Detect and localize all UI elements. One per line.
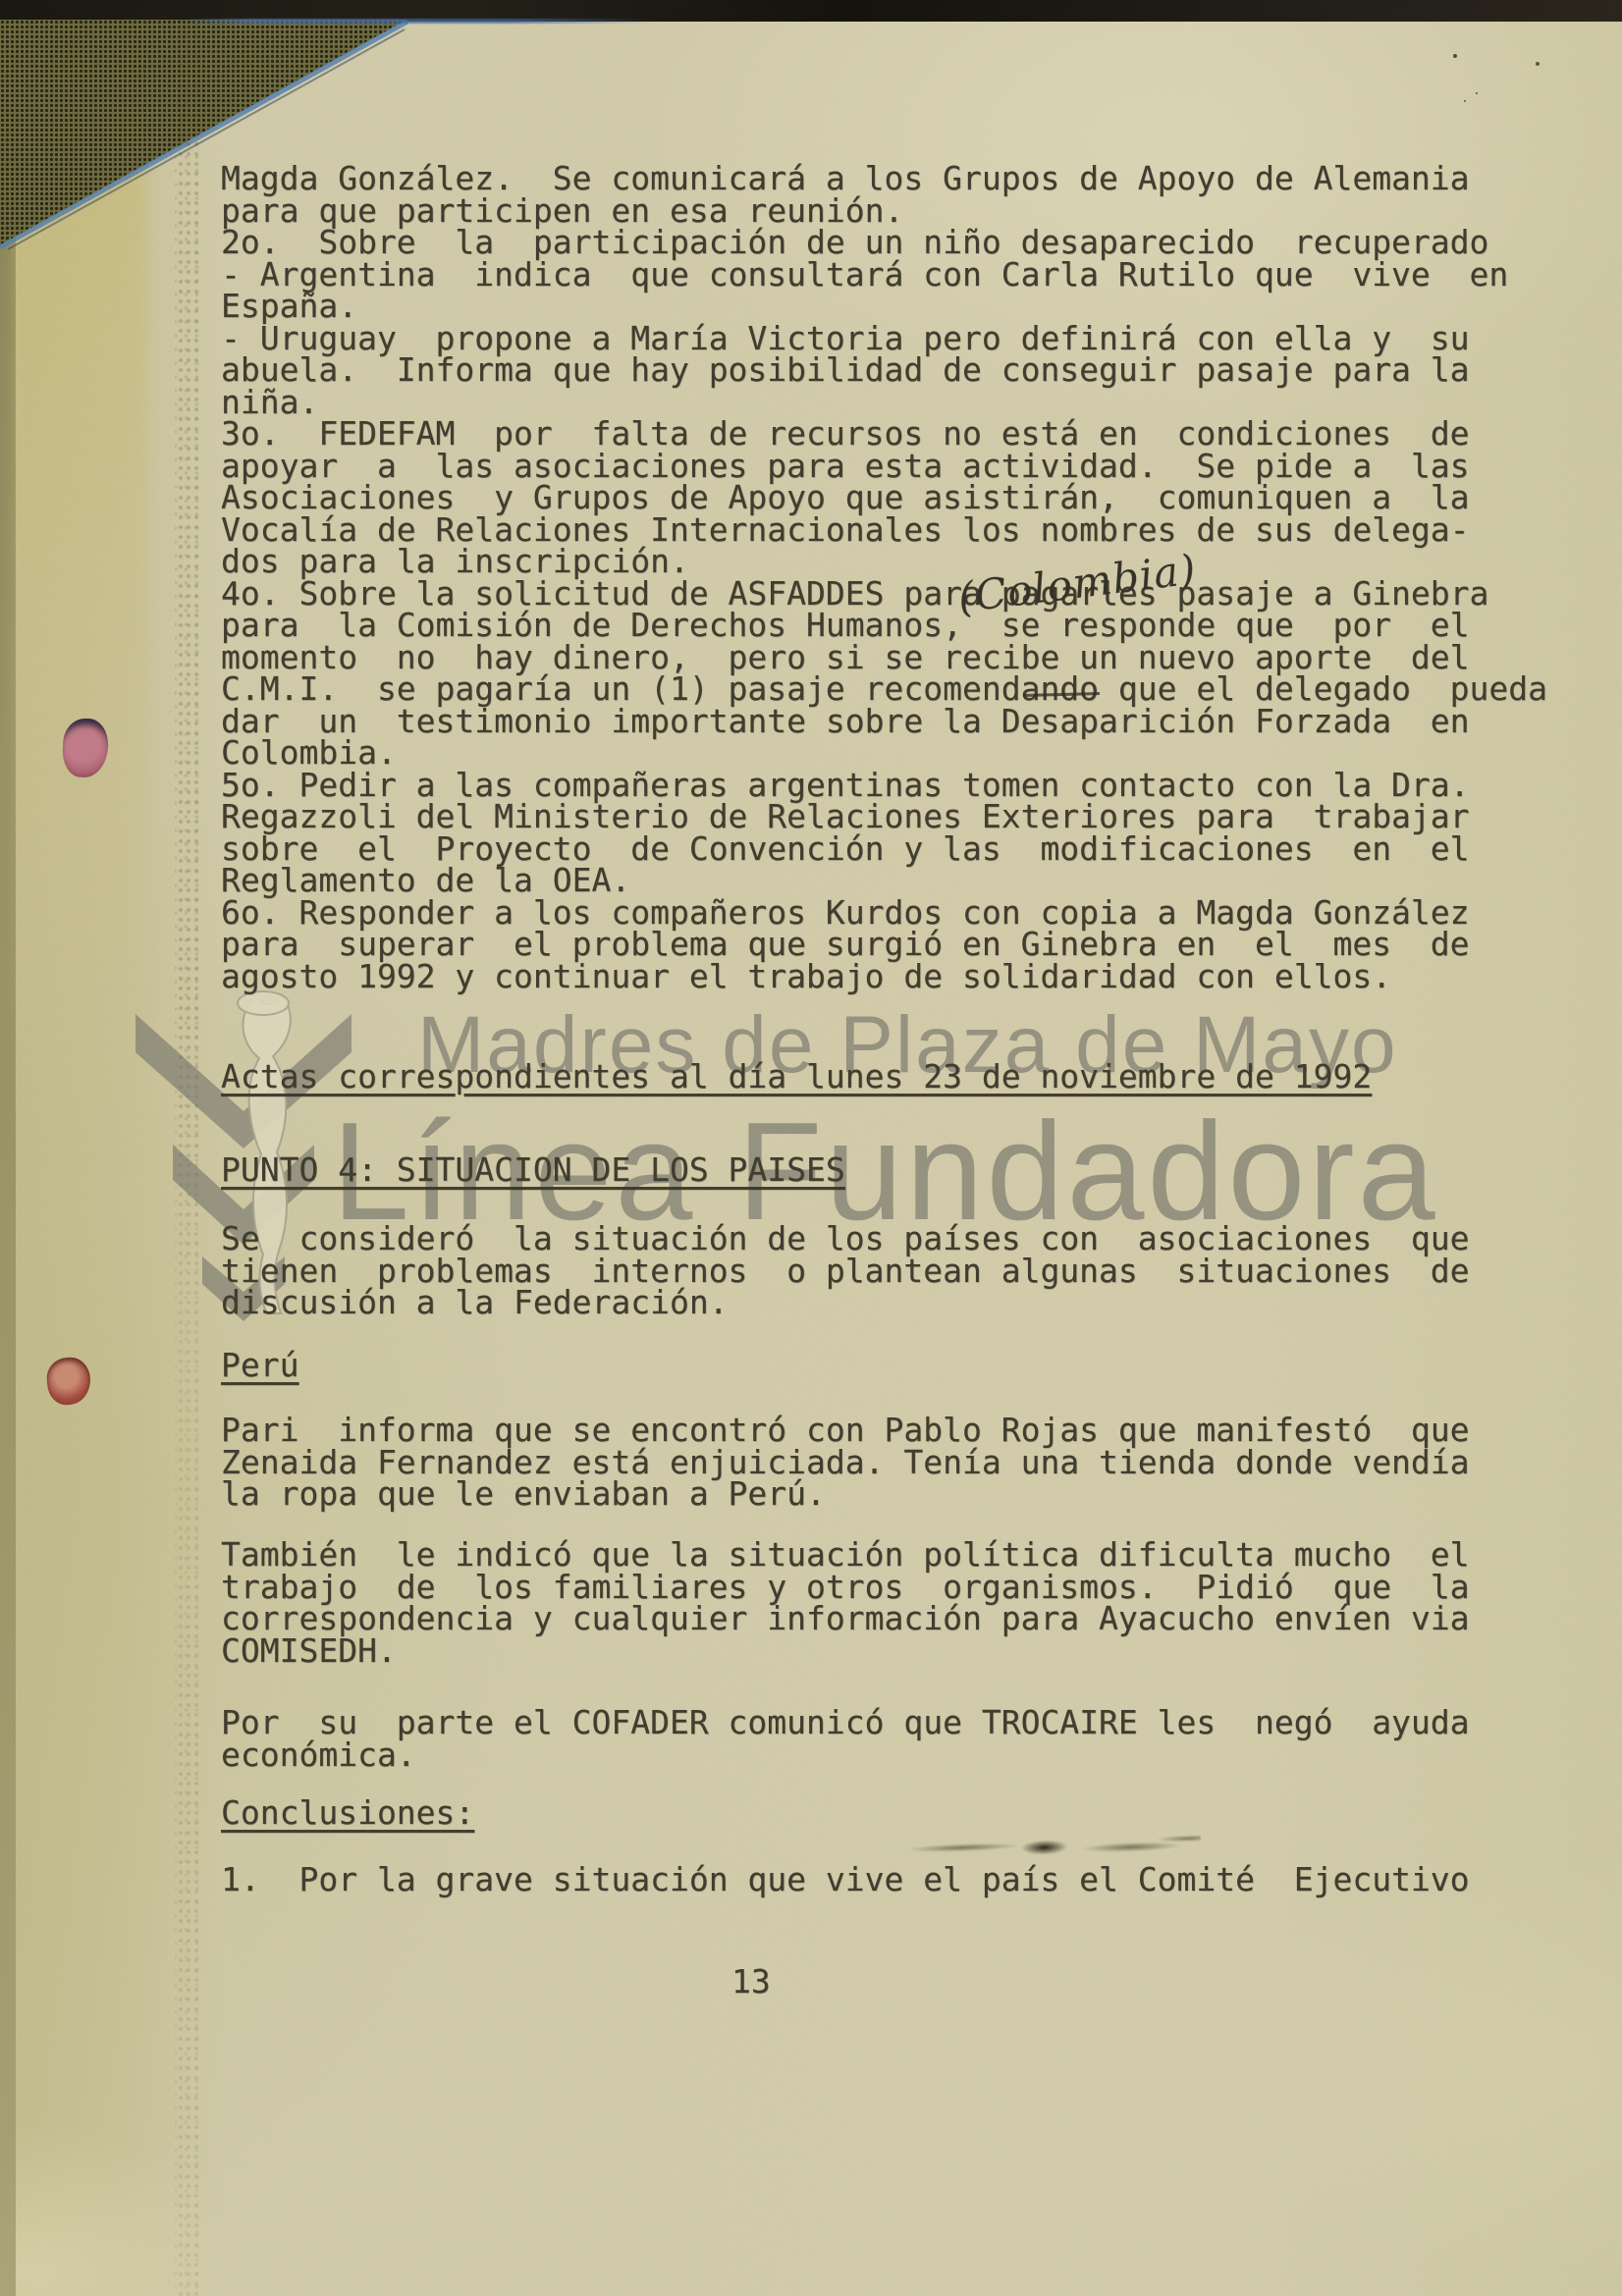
text-line: discusión a la Federación. xyxy=(221,1287,1470,1319)
text-line: También le indicó que la situación polít… xyxy=(221,1539,1470,1572)
text-line: España. xyxy=(221,291,1547,323)
page-number: 13 xyxy=(731,1966,771,1999)
text-line: - Argentina indica que consultará con Ca… xyxy=(221,259,1547,292)
text-line: correspondencia y cualquier información … xyxy=(221,1603,1470,1635)
text-line: Reglamento de la OEA. xyxy=(221,865,1547,897)
heading-conclusiones: Conclusiones: xyxy=(221,1797,474,1830)
text-line: para la Comisión de Derechos Humanos, se… xyxy=(221,610,1547,642)
typed-paragraph-situacion: Se consideró la situación de los países … xyxy=(221,1223,1470,1319)
heading-punto-4: PUNTO 4: SITUACION DE LOS PAISES xyxy=(221,1154,845,1187)
text-line: la ropa que le enviaban a Perú. xyxy=(221,1478,1470,1511)
text-line: C.M.I. se pagaría un (1) pasaje recomend… xyxy=(221,673,1547,706)
text-line: Se consideró la situación de los países … xyxy=(221,1223,1470,1255)
text-line: Regazzoli del Ministerio de Relaciones E… xyxy=(221,801,1547,833)
text-line: Colombia. xyxy=(221,737,1547,770)
text-line: Asociaciones y Grupos de Apoyo que asist… xyxy=(221,482,1547,514)
text-line: económica. xyxy=(221,1739,1470,1772)
text-line: Pari informa que se encontró con Pablo R… xyxy=(221,1415,1470,1447)
scanned-document-page: Madres de Plaza de Mayo Línea Fundadora … xyxy=(0,0,1622,2296)
text-line: Por su parte el COFADER comunicó que TRO… xyxy=(221,1707,1470,1739)
text-line: agosto 1992 y continuar el trabajo de so… xyxy=(221,961,1547,993)
text-line: COMISEDH. xyxy=(221,1635,1470,1668)
text-line: abuela. Informa que hay posibilidad de c… xyxy=(221,354,1547,387)
text-line: 3o. FEDEFAM por falta de recursos no est… xyxy=(221,418,1547,451)
text-line: dar un testimonio importante sobre la De… xyxy=(221,706,1547,738)
text-line: 1. Por la grave situación que vive el pa… xyxy=(221,1864,1470,1896)
text-line: dos para la inscripción. xyxy=(221,546,1547,578)
typed-paragraph-pari: Pari informa que se encontró con Pablo R… xyxy=(221,1415,1470,1511)
text-line: Magda González. Se comunicará a los Grup… xyxy=(221,163,1547,195)
text-line: 2o. Sobre la participación de un niño de… xyxy=(221,227,1547,259)
heading-actas: Actas correspondientes al día lunes 23 d… xyxy=(221,1061,1372,1094)
typed-paragraph-agreements: Magda González. Se comunicará a los Grup… xyxy=(221,163,1547,992)
typed-paragraph-tambien: También le indicó que la situación polít… xyxy=(221,1539,1470,1667)
typed-paragraph-cofader: Por su parte el COFADER comunicó que TRO… xyxy=(221,1707,1470,1771)
heading-peru: Perú xyxy=(221,1350,298,1382)
text-line: para superar el problema que surgió en G… xyxy=(221,929,1547,961)
typed-paragraph-conclusion-1: 1. Por la grave situación que vive el pa… xyxy=(221,1864,1470,1896)
